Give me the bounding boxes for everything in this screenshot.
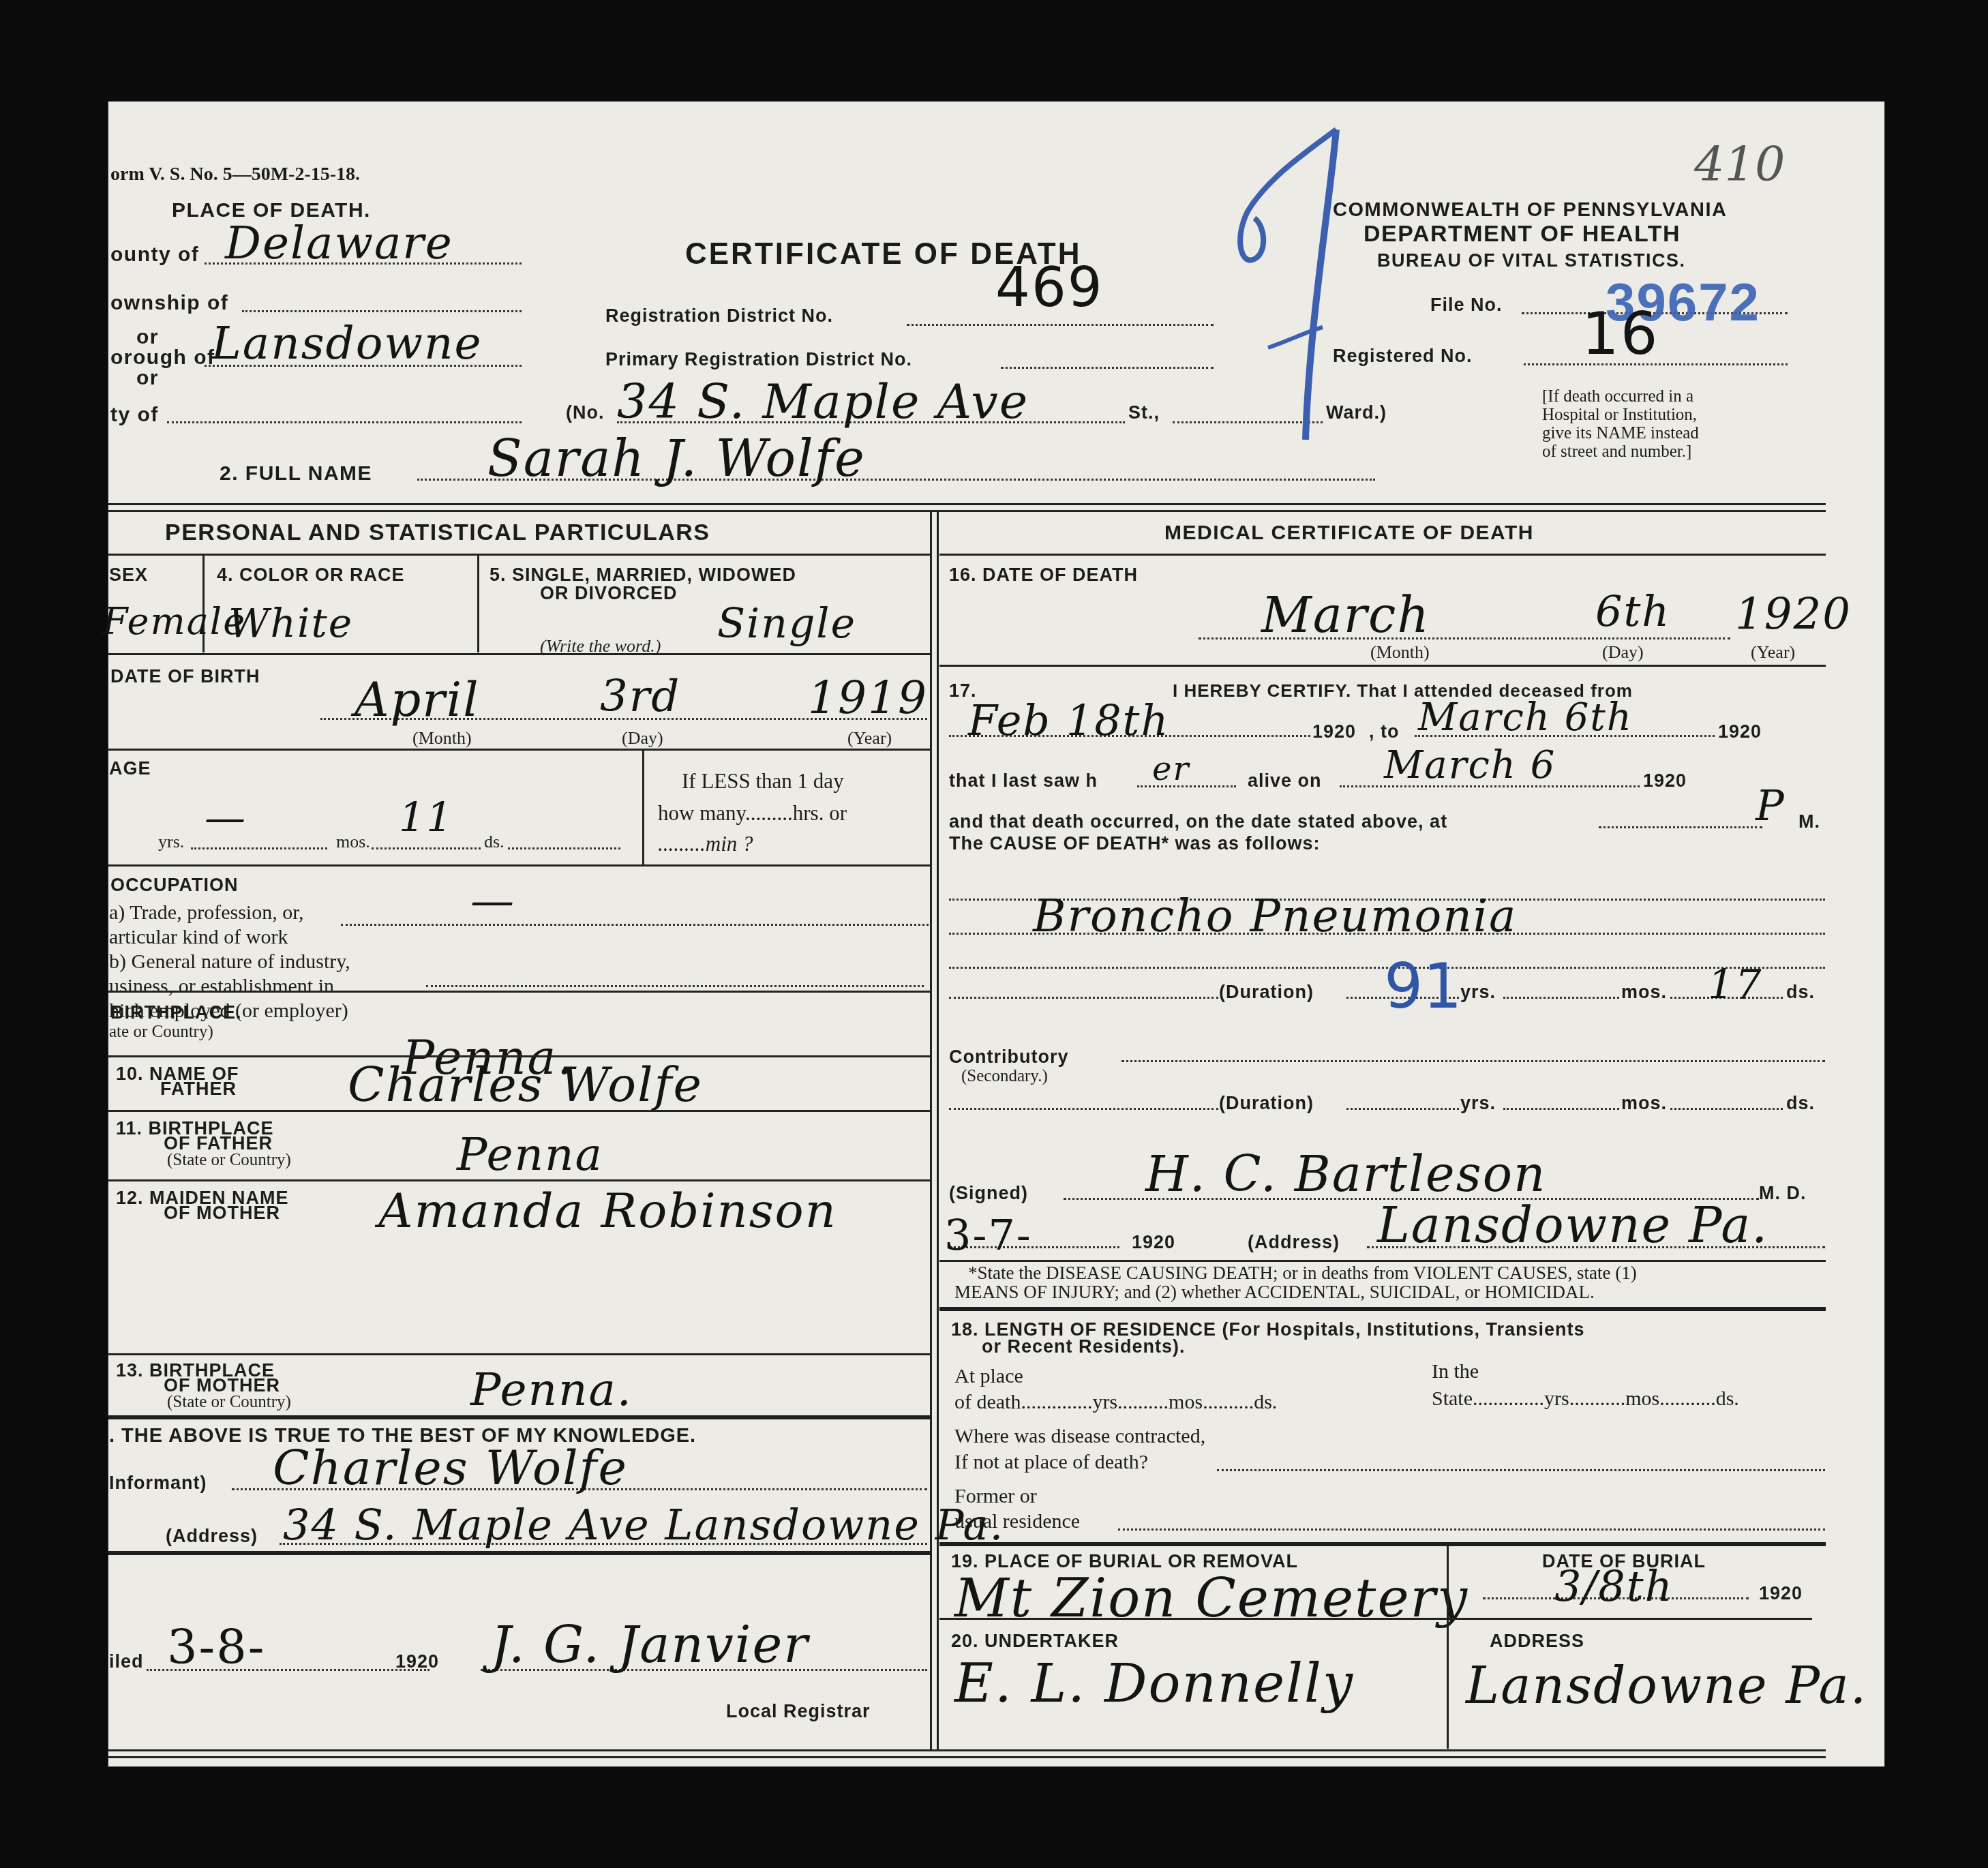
occupation-a1: a) Trade, profession, or, — [109, 901, 303, 924]
occupation-a-value: — — [470, 876, 515, 927]
dod-month-caption: (Month) — [1370, 642, 1430, 663]
birthplace-hint: ate or Country) — [109, 1023, 213, 1042]
age-ds-label: ds. — [484, 832, 504, 852]
column-divider — [930, 510, 932, 1751]
occupation-b-line — [426, 985, 924, 987]
last-saw-pronoun: er — [1152, 750, 1190, 788]
rule — [1447, 1544, 1449, 1749]
blue-pencil-mark-icon — [1227, 123, 1350, 450]
duration-mos-label: mos. — [1621, 982, 1667, 1003]
in-state-1: In the — [1432, 1360, 1479, 1383]
at-place-2: of death..............yrs..........mos..… — [954, 1391, 1277, 1414]
rule — [108, 1415, 930, 1419]
registration-district-label: Registration District No. — [605, 305, 833, 327]
dod-year-caption: (Year) — [1751, 642, 1795, 663]
dod-month: March — [1261, 586, 1430, 644]
full-name-value: Sarah J. Wolfe — [487, 430, 866, 488]
duration2-lead-line — [949, 1108, 1218, 1110]
less-than-day-3: .........min ? — [658, 832, 753, 856]
father-label-2: FATHER — [160, 1079, 237, 1100]
age-label: AGE — [109, 758, 151, 779]
informant-value: Charles Wolfe — [273, 1440, 628, 1496]
hospital-note-line: of street and number.] — [1542, 442, 1774, 461]
filed-label: iled — [109, 1651, 144, 1672]
agency-line-3: BUREAU OF VITAL STATISTICS. — [1377, 250, 1686, 271]
city-line — [167, 421, 522, 423]
race-value: White — [228, 600, 353, 646]
time-line — [1599, 826, 1762, 828]
undertaker-address-label: ADDRESS — [1490, 1631, 1584, 1652]
sex-value: Female — [102, 600, 246, 643]
full-name-label: 2. FULL NAME — [220, 462, 372, 485]
duration2-mos-line — [1503, 1108, 1619, 1110]
last-saw-label: that I last saw h — [949, 770, 1098, 792]
rule — [939, 1618, 1812, 1620]
duration2-yrs-line — [1346, 1108, 1459, 1110]
at-place-1: At place — [954, 1365, 1023, 1388]
dod-label: 16. DATE OF DEATH — [949, 564, 1138, 586]
contributory-hint: (Secondary.) — [961, 1067, 1048, 1086]
attended-from: Feb 18th — [968, 695, 1169, 745]
marital-label-2: OR DIVORCED — [540, 583, 678, 604]
corner-note: 410 — [1694, 136, 1786, 192]
father-birthplace-value: Penna — [457, 1128, 603, 1181]
registered-no-label: Registered No. — [1333, 346, 1473, 367]
contracted-2: If not at place of death? — [954, 1451, 1148, 1474]
borough-value: Lansdowne — [211, 317, 483, 370]
duration-yrs-value: 91 — [1384, 951, 1462, 1023]
hospital-note-line: give its NAME instead — [1542, 424, 1774, 442]
rule — [939, 1260, 1826, 1262]
contracted-line — [1217, 1469, 1825, 1471]
agency-line-2: DEPARTMENT OF HEALTH — [1364, 221, 1681, 247]
rule — [108, 749, 930, 751]
signed-address-label: (Address) — [1248, 1232, 1340, 1253]
attended-from-year: 1920 — [1312, 721, 1356, 742]
mother-birthplace-value: Penna. — [470, 1364, 633, 1416]
father-value: Charles Wolfe — [348, 1057, 703, 1113]
duration-ds-value: 17 — [1708, 961, 1762, 1009]
alive-on-value: March 6 — [1384, 743, 1556, 787]
rule — [939, 554, 1826, 556]
duration-ds-label: ds. — [1786, 982, 1815, 1003]
primary-district-line — [1001, 367, 1214, 369]
rule — [108, 864, 930, 867]
street-value: 34 S. Maple Ave — [617, 374, 1029, 430]
city-label: ty of — [110, 404, 159, 427]
occupation-a-line — [341, 924, 929, 926]
bottom-rule-2 — [108, 1756, 1826, 1758]
occurred-text: and that death occurred, on the date sta… — [949, 811, 1447, 832]
attended-to: March 6th — [1418, 695, 1633, 740]
registrar-value: J. G. Janvier — [491, 1616, 809, 1674]
or-label-1: or — [136, 326, 159, 349]
rule — [108, 991, 930, 993]
or-label-2: or — [136, 367, 159, 390]
cause-label: The CAUSE OF DEATH* was as follows: — [949, 833, 1321, 854]
dob-year-caption: (Year) — [847, 728, 892, 749]
burial-value: Mt Zion Cemetery — [954, 1568, 1469, 1629]
in-state-2: State..............yrs...........mos....… — [1432, 1387, 1739, 1411]
age-ds-line — [508, 847, 620, 849]
occupation-b2: usiness, or establishment in — [109, 975, 334, 998]
rule — [108, 653, 930, 655]
hospital-note-line: [If death occurred in a — [1542, 387, 1774, 406]
section-rule-top — [108, 503, 1826, 505]
duration-mos-line — [1503, 997, 1619, 999]
address-label: (Address) — [166, 1526, 258, 1547]
rule — [939, 1542, 1826, 1546]
less-than-day-1: If LESS than 1 day — [682, 769, 844, 794]
mother-label-2: OF MOTHER — [164, 1203, 280, 1224]
contracted-1: Where was disease contracted, — [954, 1425, 1205, 1448]
former-line — [1118, 1528, 1825, 1531]
undertaker-label: 20. UNDERTAKER — [951, 1631, 1119, 1652]
age-mos-value: 11 — [399, 794, 453, 842]
mother-birthplace-hint: (State or Country) — [167, 1393, 291, 1412]
column-divider-2 — [937, 510, 939, 1751]
duration2-ds-line — [1670, 1108, 1783, 1110]
rule — [939, 1307, 1826, 1311]
filed-value: 3-8- — [167, 1619, 265, 1675]
rule — [108, 1110, 930, 1112]
primary-district-label: Primary Registration District No. — [605, 349, 912, 370]
marital-value: Single — [717, 600, 856, 648]
filed-year: 1920 — [395, 1651, 439, 1672]
dob-month-caption: (Month) — [412, 728, 472, 749]
county-value: Delaware — [225, 217, 453, 269]
undertaker-value: E. L. Donnelly — [954, 1653, 1354, 1715]
residence-label-2: or Recent Residents). — [982, 1336, 1186, 1357]
signed-year: 1920 — [1132, 1232, 1175, 1253]
less-than-day-2: how many.........hrs. or — [658, 801, 847, 826]
sex-label: SEX — [109, 564, 148, 586]
signed-value: H. C. Bartleson — [1145, 1145, 1546, 1203]
rule — [108, 554, 930, 556]
to-label: , to — [1369, 721, 1400, 742]
age-mos-line — [372, 847, 481, 849]
occupation-a2: articular kind of work — [109, 926, 288, 949]
burial-year: 1920 — [1759, 1583, 1803, 1604]
township-line — [242, 310, 522, 312]
age-mos-label: mos. — [336, 832, 370, 852]
dod-day-caption: (Day) — [1602, 642, 1644, 663]
mother-value: Amanda Robinson — [378, 1183, 837, 1239]
signed-date: 3-7- — [944, 1210, 1032, 1260]
address-value: 34 S. Maple Ave Lansdowne Pa. — [283, 1500, 1004, 1550]
rule — [108, 1551, 930, 1555]
registrar-label: Local Registrar — [726, 1701, 871, 1722]
hospital-note: [If death occurred in a Hospital or Inst… — [1542, 387, 1774, 461]
father-birthplace-hint: (State or Country) — [167, 1151, 291, 1170]
race-label: 4. COLOR OR RACE — [217, 564, 405, 586]
duration-label: (Duration) — [1219, 982, 1314, 1003]
township-label: ownship of — [110, 292, 228, 315]
duration2-label: (Duration) — [1219, 1093, 1314, 1114]
attended-to-year: 1920 — [1718, 721, 1762, 742]
time-value: P — [1756, 781, 1786, 830]
occupation-label: OCCUPATION — [110, 875, 239, 896]
bottom-rule — [108, 1749, 1826, 1751]
section-rule-top-2 — [108, 510, 1826, 512]
county-label: ounty of — [110, 243, 199, 267]
footnote-1: *State the DISEASE CAUSING DEATH; or in … — [968, 1263, 1637, 1284]
rule — [108, 1353, 930, 1355]
duration2-ds-label: ds. — [1786, 1093, 1815, 1114]
cause-line-2 — [949, 933, 1825, 935]
street-prefix: (No. — [566, 402, 604, 423]
age-yrs-label: yrs. — [158, 832, 184, 852]
contributory-line — [1121, 1060, 1825, 1062]
rule — [642, 750, 644, 864]
alive-on-label: alive on — [1248, 770, 1322, 792]
file-no-label: File No. — [1430, 295, 1503, 316]
registration-district-line — [907, 324, 1214, 326]
duration-yrs-label: yrs. — [1460, 982, 1496, 1003]
former-1: Former or — [954, 1485, 1037, 1508]
signed-address-value: Lansdowne Pa. — [1377, 1196, 1768, 1254]
contributory-label: Contributory — [949, 1046, 1068, 1068]
signed-label: (Signed) — [949, 1183, 1028, 1204]
street-suffix: St., — [1128, 402, 1160, 423]
personal-heading: PERSONAL AND STATISTICAL PARTICULARS — [165, 519, 710, 546]
duration-lead-line — [949, 997, 1218, 999]
medical-heading: MEDICAL CERTIFICATE OF DEATH — [1164, 522, 1534, 545]
undertaker-address-value: Lansdowne Pa. — [1466, 1657, 1867, 1715]
registered-no-value: 16 — [1582, 300, 1659, 368]
agency-line-1: COMMONWEALTH OF PENNSYLVANIA — [1333, 199, 1727, 222]
borough-label: orough of — [110, 346, 215, 370]
informant-label: Informant) — [109, 1473, 207, 1494]
dob-day-caption: (Day) — [622, 728, 663, 749]
dob-month: April — [355, 672, 480, 727]
hospital-note-line: Hospital or Institution, — [1542, 406, 1774, 424]
time-suffix: M. — [1798, 811, 1820, 832]
registration-district-value: 469 — [995, 256, 1104, 319]
former-2: usual residence — [954, 1510, 1080, 1533]
rule — [108, 1179, 930, 1181]
age-yrs-value: — — [205, 794, 247, 842]
dob-label: DATE OF BIRTH — [110, 666, 260, 687]
dod-year: 1920 — [1735, 590, 1852, 640]
dod-day: 6th — [1595, 586, 1670, 636]
form-number: orm V. S. No. 5—50M-2-15-18. — [110, 164, 360, 185]
burial-date-value: 3/8th — [1554, 1561, 1674, 1611]
dob-day: 3rd — [600, 672, 680, 722]
birthplace-label: BIRTHPLACE. — [110, 1002, 242, 1023]
alive-on-year: 1920 — [1643, 770, 1687, 792]
age-yrs-line — [191, 847, 327, 849]
occupation-b1: b) General nature of industry, — [109, 950, 350, 974]
duration2-yrs-label: yrs. — [1460, 1093, 1496, 1114]
footnote-2: MEANS OF INJURY; and (2) whether ACCIDEN… — [954, 1282, 1595, 1303]
rule — [939, 665, 1826, 667]
dob-year: 1919 — [808, 672, 928, 724]
rule — [477, 556, 479, 652]
duration2-mos-label: mos. — [1621, 1093, 1667, 1114]
